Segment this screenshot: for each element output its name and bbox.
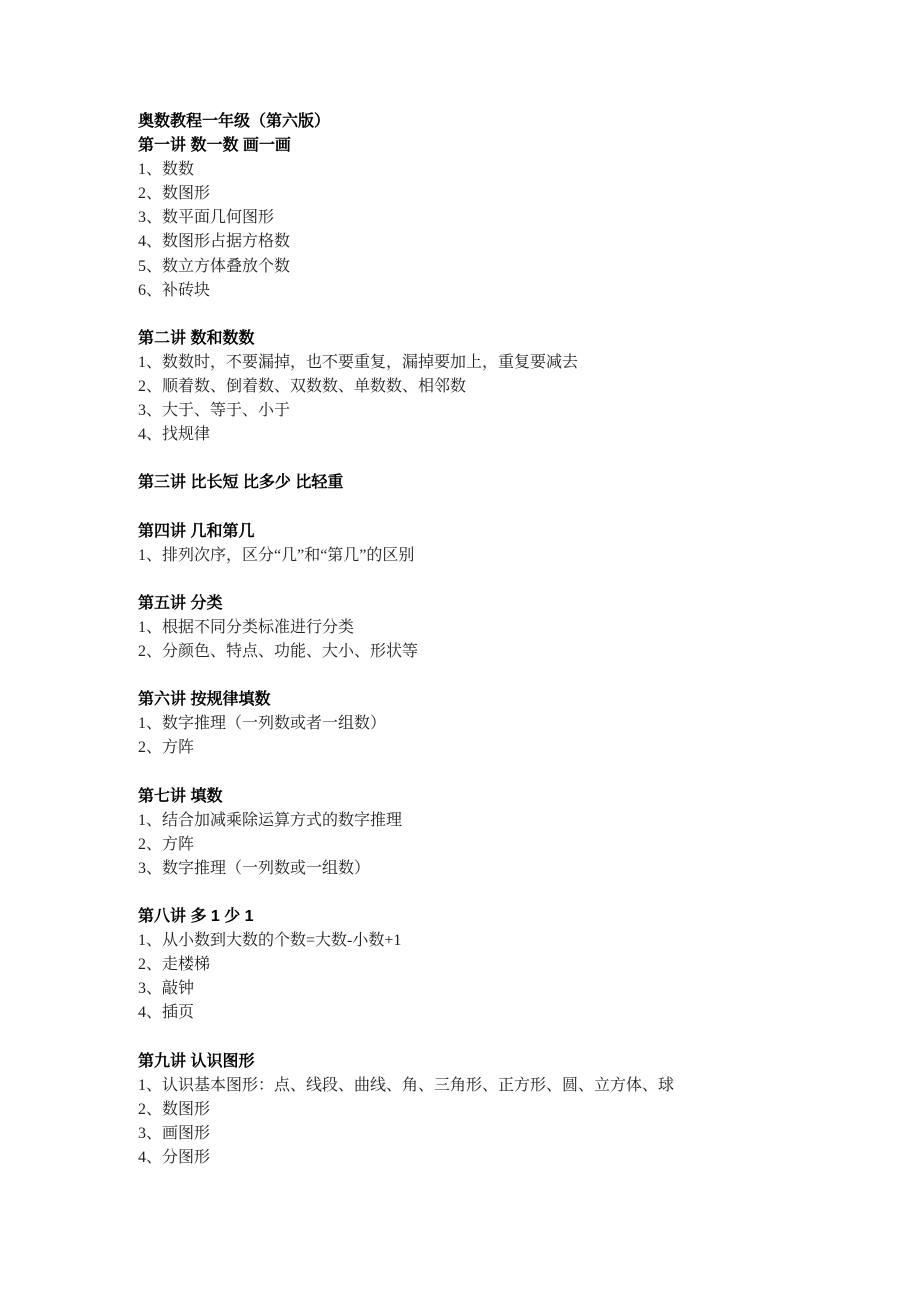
list-item: 1、数字推理（一列数或者一组数） [138,712,838,736]
list-item: 1、数数时，不要漏掉，也不要重复，漏掉要加上，重复要减去 [138,351,838,375]
list-item: 4、分图形 [138,1146,838,1170]
list-item: 1、排列次序，区分“几”和“第几”的区别 [138,544,838,568]
section-8-heading: 第八讲 多 1 少 1 [138,905,838,929]
list-item: 2、方阵 [138,833,838,857]
document-page: 奥数教程一年级（第六版） 第一讲 数一数 画一画 1、数数 2、数图形 3、数平… [0,0,920,1302]
section-1: 第一讲 数一数 画一画 1、数数 2、数图形 3、数平面几何图形 4、数图形占据… [138,134,838,303]
list-item: 1、从小数到大数的个数=大数-小数+1 [138,929,838,953]
list-item: 2、方阵 [138,736,838,760]
list-item: 1、数数 [138,158,838,182]
list-item: 4、插页 [138,1001,838,1025]
section-7: 第七讲 填数 1、结合加减乘除运算方式的数字推理 2、方阵 3、数字推理（一列数… [138,785,838,881]
section-9: 第九讲 认识图形 1、认识基本图形：点、线段、曲线、角、三角形、正方形、圆、立方… [138,1050,838,1170]
list-item: 3、数字推理（一列数或一组数） [138,857,838,881]
section-4: 第四讲 几和第几 1、排列次序，区分“几”和“第几”的区别 [138,520,838,568]
section-3: 第三讲 比长短 比多少 比轻重 [138,471,838,495]
section-8: 第八讲 多 1 少 1 1、从小数到大数的个数=大数-小数+1 2、走楼梯 3、… [138,905,838,1025]
list-item: 4、找规律 [138,423,838,447]
list-item: 3、数平面几何图形 [138,206,838,230]
section-1-heading: 第一讲 数一数 画一画 [138,134,838,158]
section-6: 第六讲 按规律填数 1、数字推理（一列数或者一组数） 2、方阵 [138,688,838,760]
list-item: 2、顺着数、倒着数、双数数、单数数、相邻数 [138,375,838,399]
list-item: 3、画图形 [138,1122,838,1146]
section-5: 第五讲 分类 1、根据不同分类标准进行分类 2、分颜色、特点、功能、大小、形状等 [138,592,838,664]
section-6-heading: 第六讲 按规律填数 [138,688,838,712]
section-4-heading: 第四讲 几和第几 [138,520,838,544]
section-9-heading: 第九讲 认识图形 [138,1050,838,1074]
list-item: 1、认识基本图形：点、线段、曲线、角、三角形、正方形、圆、立方体、球 [138,1074,838,1098]
section-3-heading: 第三讲 比长短 比多少 比轻重 [138,471,838,495]
list-item: 6、补砖块 [138,279,838,303]
list-item: 1、结合加减乘除运算方式的数字推理 [138,809,838,833]
document-body: 奥数教程一年级（第六版） 第一讲 数一数 画一画 1、数数 2、数图形 3、数平… [138,110,838,1170]
section-2-heading: 第二讲 数和数数 [138,327,838,351]
list-item: 2、数图形 [138,1098,838,1122]
document-title: 奥数教程一年级（第六版） [138,110,838,134]
list-item: 4、数图形占据方格数 [138,230,838,254]
section-7-heading: 第七讲 填数 [138,785,838,809]
list-item: 2、数图形 [138,182,838,206]
section-2: 第二讲 数和数数 1、数数时，不要漏掉，也不要重复，漏掉要加上，重复要减去 2、… [138,327,838,447]
list-item: 5、数立方体叠放个数 [138,255,838,279]
section-5-heading: 第五讲 分类 [138,592,838,616]
list-item: 2、分颜色、特点、功能、大小、形状等 [138,640,838,664]
list-item: 2、走楼梯 [138,953,838,977]
list-item: 3、敲钟 [138,977,838,1001]
list-item: 3、大于、等于、小于 [138,399,838,423]
list-item: 1、根据不同分类标准进行分类 [138,616,838,640]
